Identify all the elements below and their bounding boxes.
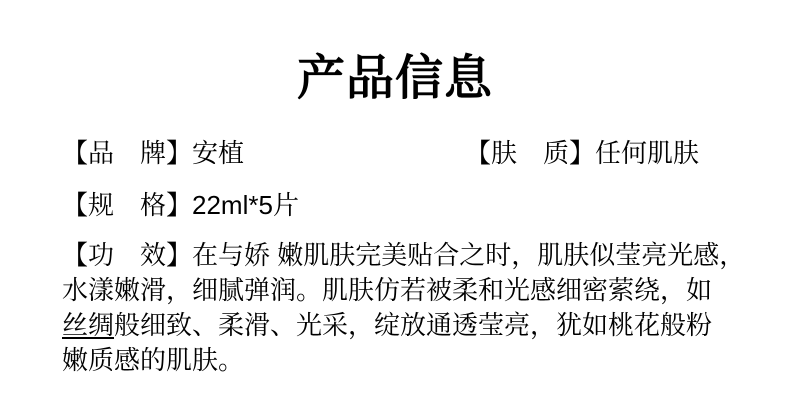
skin-type-row: 【肤 质】任何肌肤 [465,135,699,171]
efficacy-line-3: 丝绸般细致、柔滑、光采，绽放通透莹亮，犹如桃花般粉 [62,308,762,343]
specification-row: 【规 格】22ml*5片 [62,187,299,223]
specification-value: 22ml*5片 [192,190,299,220]
efficacy-row: 【功 效】在与娇 嫩肌肤完美贴合之时，肌肤似莹亮光感， 水漾嫩滑，细腻弹润。肌肤… [62,238,762,378]
skin-type-value: 任何肌肤 [595,138,699,168]
efficacy-label: 【功 效】 [62,240,192,270]
specification-label: 【规 格】 [62,190,192,220]
skin-type-label: 【肤 质】 [465,138,595,168]
product-info-panel: 产品信息 【品 牌】安植 【肤 质】任何肌肤 【规 格】22ml*5片 【功 效… [0,0,790,420]
efficacy-text: 般细致、柔滑、光采，绽放通透莹亮，犹如桃花般粉 [114,310,712,340]
efficacy-line-2: 水漾嫩滑，细腻弹润。肌肤仿若被柔和光感细密萦绕，如 [62,273,762,308]
brand-value: 安植 [192,138,244,168]
efficacy-text: 在与娇 嫩肌肤完美贴合之时，肌肤似莹亮光感， [192,240,745,270]
brand-row: 【品 牌】安植 [62,135,244,171]
efficacy-line-4: 嫩质感的肌肤。 [62,343,762,378]
brand-label: 【品 牌】 [62,138,192,168]
page-title: 产品信息 [0,50,790,108]
efficacy-line-1: 【功 效】在与娇 嫩肌肤完美贴合之时，肌肤似莹亮光感， [62,238,762,273]
efficacy-underlined-term: 丝绸 [62,310,114,340]
